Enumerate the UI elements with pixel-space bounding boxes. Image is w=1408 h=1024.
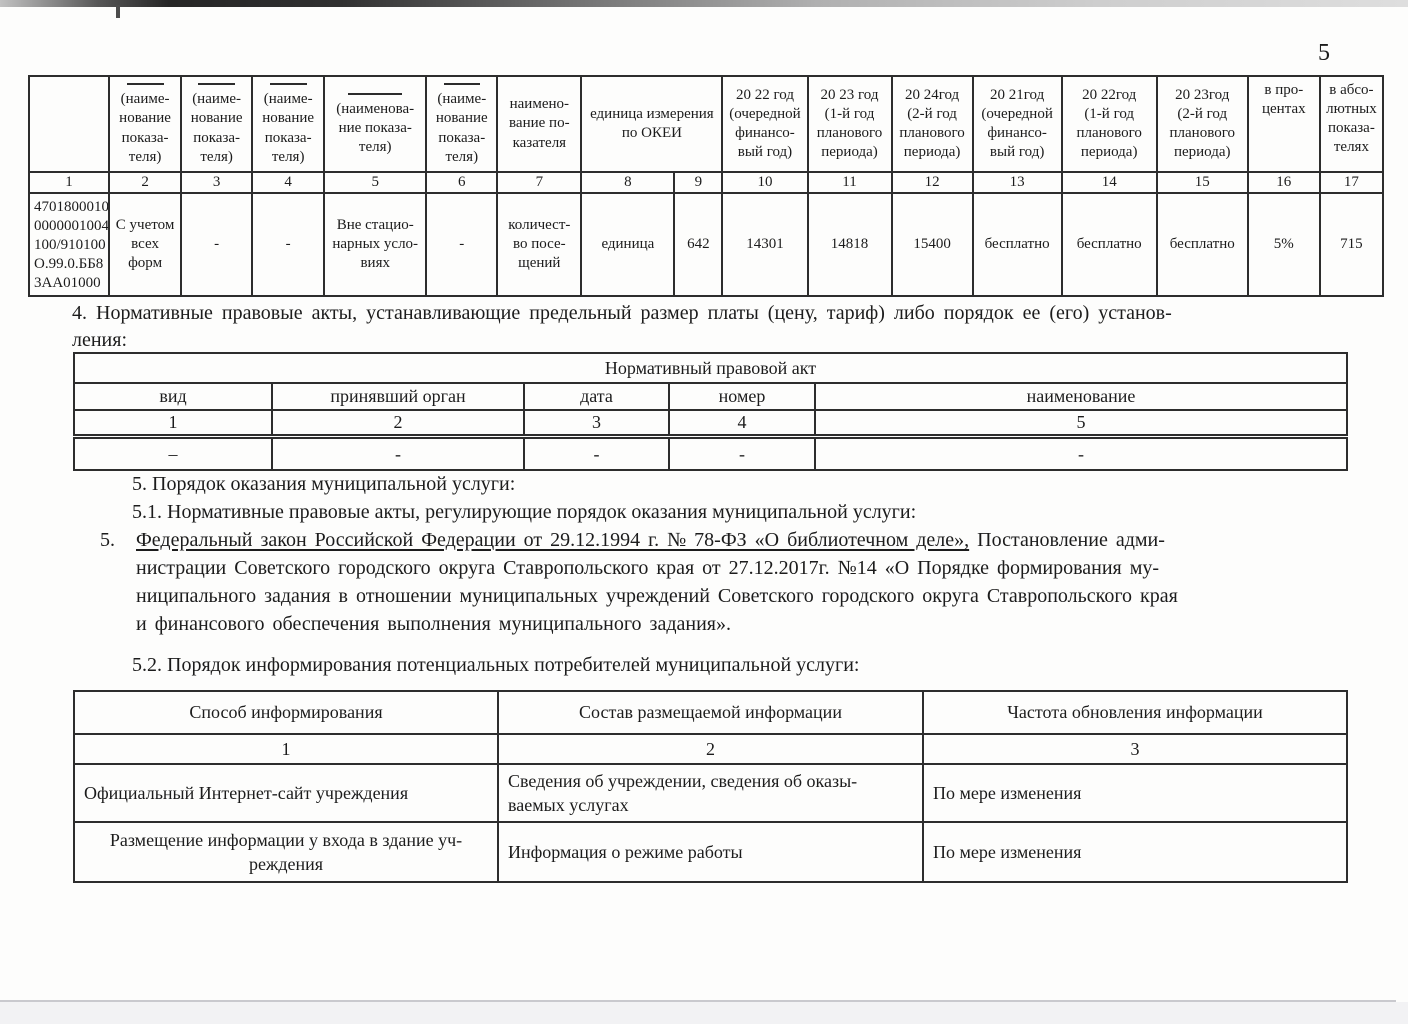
header-cell-2: (наиме- нование показа- теля) — [109, 76, 181, 172]
col-number: 5 — [324, 172, 426, 193]
header-label: (наиме- нование показа- теля) — [262, 91, 314, 164]
header-cell-7: наимено- вание по- казателя — [497, 76, 581, 172]
header-cell-6: (наиме- нование показа- теля) — [426, 76, 497, 172]
col-number: 1 — [29, 172, 109, 193]
header-vid: вид — [74, 383, 272, 410]
header-data: дата — [524, 383, 669, 410]
value-cell: единица — [581, 193, 674, 296]
value-cell: Вне стацио- нарных усло- виях — [324, 193, 426, 296]
section5: 5. Порядок оказания муниципальной услуги… — [72, 470, 1362, 679]
header-cell-17: в абсо- лютных показа- телях — [1320, 76, 1383, 172]
header-cell-14: 20 22год (1-й год планового периода) — [1062, 76, 1157, 172]
blank-line — [444, 83, 480, 85]
scan-edge-tick-artifact — [116, 5, 120, 18]
legal-acts-table: Нормативный правовой акт вид принявший о… — [73, 352, 1348, 471]
col-number: 2 — [109, 172, 181, 193]
header-cell-16: в про- центах — [1248, 76, 1320, 172]
section5-1-heading: 5.1. Нормативные правовые акты, регулиру… — [72, 498, 1362, 526]
col-number: 13 — [973, 172, 1062, 193]
header-sposob: Способ информирования — [74, 691, 498, 734]
col-number: 17 — [1320, 172, 1383, 193]
legal-acts-value-row: – - - - - — [74, 437, 1347, 471]
informing-table-header-row: Способ информирования Состав размещаемой… — [74, 691, 1347, 734]
law-item-text: Федеральный закон Российской Федерации о… — [136, 526, 1362, 638]
col-number: 12 — [892, 172, 973, 193]
value-cell: - — [252, 193, 324, 296]
legal-acts-table-title: Нормативный правовой акт — [74, 353, 1347, 383]
blank-line — [348, 93, 402, 95]
law-list-item: 5. Федеральный закон Российской Федераци… — [72, 526, 1362, 638]
header-sostav: Состав размещаемой информации — [498, 691, 923, 734]
value-cell: бесплатно — [973, 193, 1062, 296]
section5-2-heading: 5.2. Порядок информирования потенциальны… — [72, 651, 1362, 679]
value-cell: - — [426, 193, 497, 296]
indicator-table-value-row: 4701800010 0000001004 100/910100 О.99.0.… — [29, 193, 1383, 296]
col-number: 1 — [74, 734, 498, 764]
scan-bottom-area — [0, 1002, 1408, 1024]
header-nomer: номер — [669, 383, 815, 410]
header-cell-13: 20 21год (очередной финансо- вый год) — [973, 76, 1062, 172]
section4-paragraph: 4. Нормативные правовые акты, устанавлив… — [72, 300, 1354, 354]
value-cell: - — [669, 437, 815, 471]
header-label: (наиме- нование показа- теля) — [119, 91, 171, 164]
col-number: 16 — [1248, 172, 1320, 193]
col-number: 3 — [524, 410, 669, 437]
page-number: 5 — [1318, 40, 1330, 67]
value-cell: 14301 — [722, 193, 807, 296]
col-number: 7 — [497, 172, 581, 193]
indicator-table: (наиме- нование показа- теля) (наиме- но… — [28, 75, 1384, 297]
indicator-table-number-row: 1 2 3 4 5 6 7 8 9 10 11 12 13 14 15 16 1… — [29, 172, 1383, 193]
header-naimenovanie: наименование — [815, 383, 1347, 410]
col-number: 2 — [272, 410, 524, 437]
legal-acts-number-row: 1 2 3 4 5 — [74, 410, 1347, 437]
col-number: 11 — [808, 172, 892, 193]
col-number: 14 — [1062, 172, 1157, 193]
header-cell-code — [29, 76, 109, 172]
col-number: 3 — [923, 734, 1347, 764]
header-organ: принявший орган — [272, 383, 524, 410]
informing-table-number-row: 1 2 3 — [74, 734, 1347, 764]
value-cell: Размещение информации у входа в здание у… — [74, 822, 498, 882]
header-chastota: Частота обновления информации — [923, 691, 1347, 734]
col-number: 8 — [581, 172, 674, 193]
header-cell-12: 20 24год (2-й год планового периода) — [892, 76, 973, 172]
blank-line — [127, 83, 164, 85]
scan-top-edge-artifact — [0, 0, 1408, 7]
value-cell: - — [272, 437, 524, 471]
blank-line — [270, 83, 307, 85]
value-cell: 15400 — [892, 193, 973, 296]
header-cell-15: 20 23год (2-й год планового периода) — [1157, 76, 1248, 172]
value-cell: Сведения об учреждении, сведения об оказ… — [498, 764, 923, 822]
value-cell: С учетом всех форм — [109, 193, 181, 296]
value-cell: По мере изменения — [923, 822, 1347, 882]
section5-heading: 5. Порядок оказания муниципальной услуги… — [72, 470, 1362, 498]
header-cell-5: (наименова- ние показа- теля) — [324, 76, 426, 172]
value-cell: – — [74, 437, 272, 471]
informing-table-row: Размещение информации у входа в здание у… — [74, 822, 1347, 882]
informing-table-row: Официальный Интернет-сайт учреждения Све… — [74, 764, 1347, 822]
value-cell: 14818 — [808, 193, 892, 296]
value-cell: бесплатно — [1157, 193, 1248, 296]
col-number: 1 — [74, 410, 272, 437]
indicator-table-header-row: (наиме- нование показа- теля) (наиме- но… — [29, 76, 1383, 172]
value-cell: 715 — [1320, 193, 1383, 296]
legal-acts-header-row: вид принявший орган дата номер наименова… — [74, 383, 1347, 410]
col-number: 10 — [722, 172, 807, 193]
header-label: (наиме- нование показа- теля) — [191, 91, 243, 164]
col-number: 6 — [426, 172, 497, 193]
col-number: 4 — [669, 410, 815, 437]
value-cell: 642 — [674, 193, 722, 296]
header-cell-11: 20 23 год (1-й год планового периода) — [808, 76, 892, 172]
service-code-cell: 4701800010 0000001004 100/910100 О.99.0.… — [29, 193, 109, 296]
header-label: (наименова- ние показа- теля) — [336, 101, 414, 155]
blank-line — [198, 83, 234, 85]
legal-acts-title-row: Нормативный правовой акт — [74, 353, 1347, 383]
value-cell: количест- во посе- щений — [497, 193, 581, 296]
value-cell: Официальный Интернет-сайт учреждения — [74, 764, 498, 822]
header-cell-okei: единица измерения по ОКЕИ — [581, 76, 722, 172]
col-number: 2 — [498, 734, 923, 764]
informing-table: Способ информирования Состав размещаемой… — [73, 690, 1348, 883]
header-cell-3: (наиме- нование показа- теля) — [181, 76, 252, 172]
value-cell: - — [181, 193, 252, 296]
col-number: 5 — [815, 410, 1347, 437]
value-cell: - — [815, 437, 1347, 471]
header-label: (наиме- нование показа- теля) — [436, 91, 488, 164]
law-item-number: 5. — [100, 526, 136, 638]
col-number: 4 — [252, 172, 324, 193]
law-underlined-text: Федеральный закон Российской Федерации о… — [136, 529, 969, 551]
value-cell: бесплатно — [1062, 193, 1157, 296]
header-cell-4: (наиме- нование показа- теля) — [252, 76, 324, 172]
value-cell: - — [524, 437, 669, 471]
col-number: 9 — [674, 172, 722, 193]
value-cell: Информация о режиме работы — [498, 822, 923, 882]
col-number: 15 — [1157, 172, 1248, 193]
header-cell-10: 20 22 год (очередной финансо- вый год) — [722, 76, 807, 172]
col-number: 3 — [181, 172, 252, 193]
value-cell: По мере изменения — [923, 764, 1347, 822]
value-cell: 5% — [1248, 193, 1320, 296]
